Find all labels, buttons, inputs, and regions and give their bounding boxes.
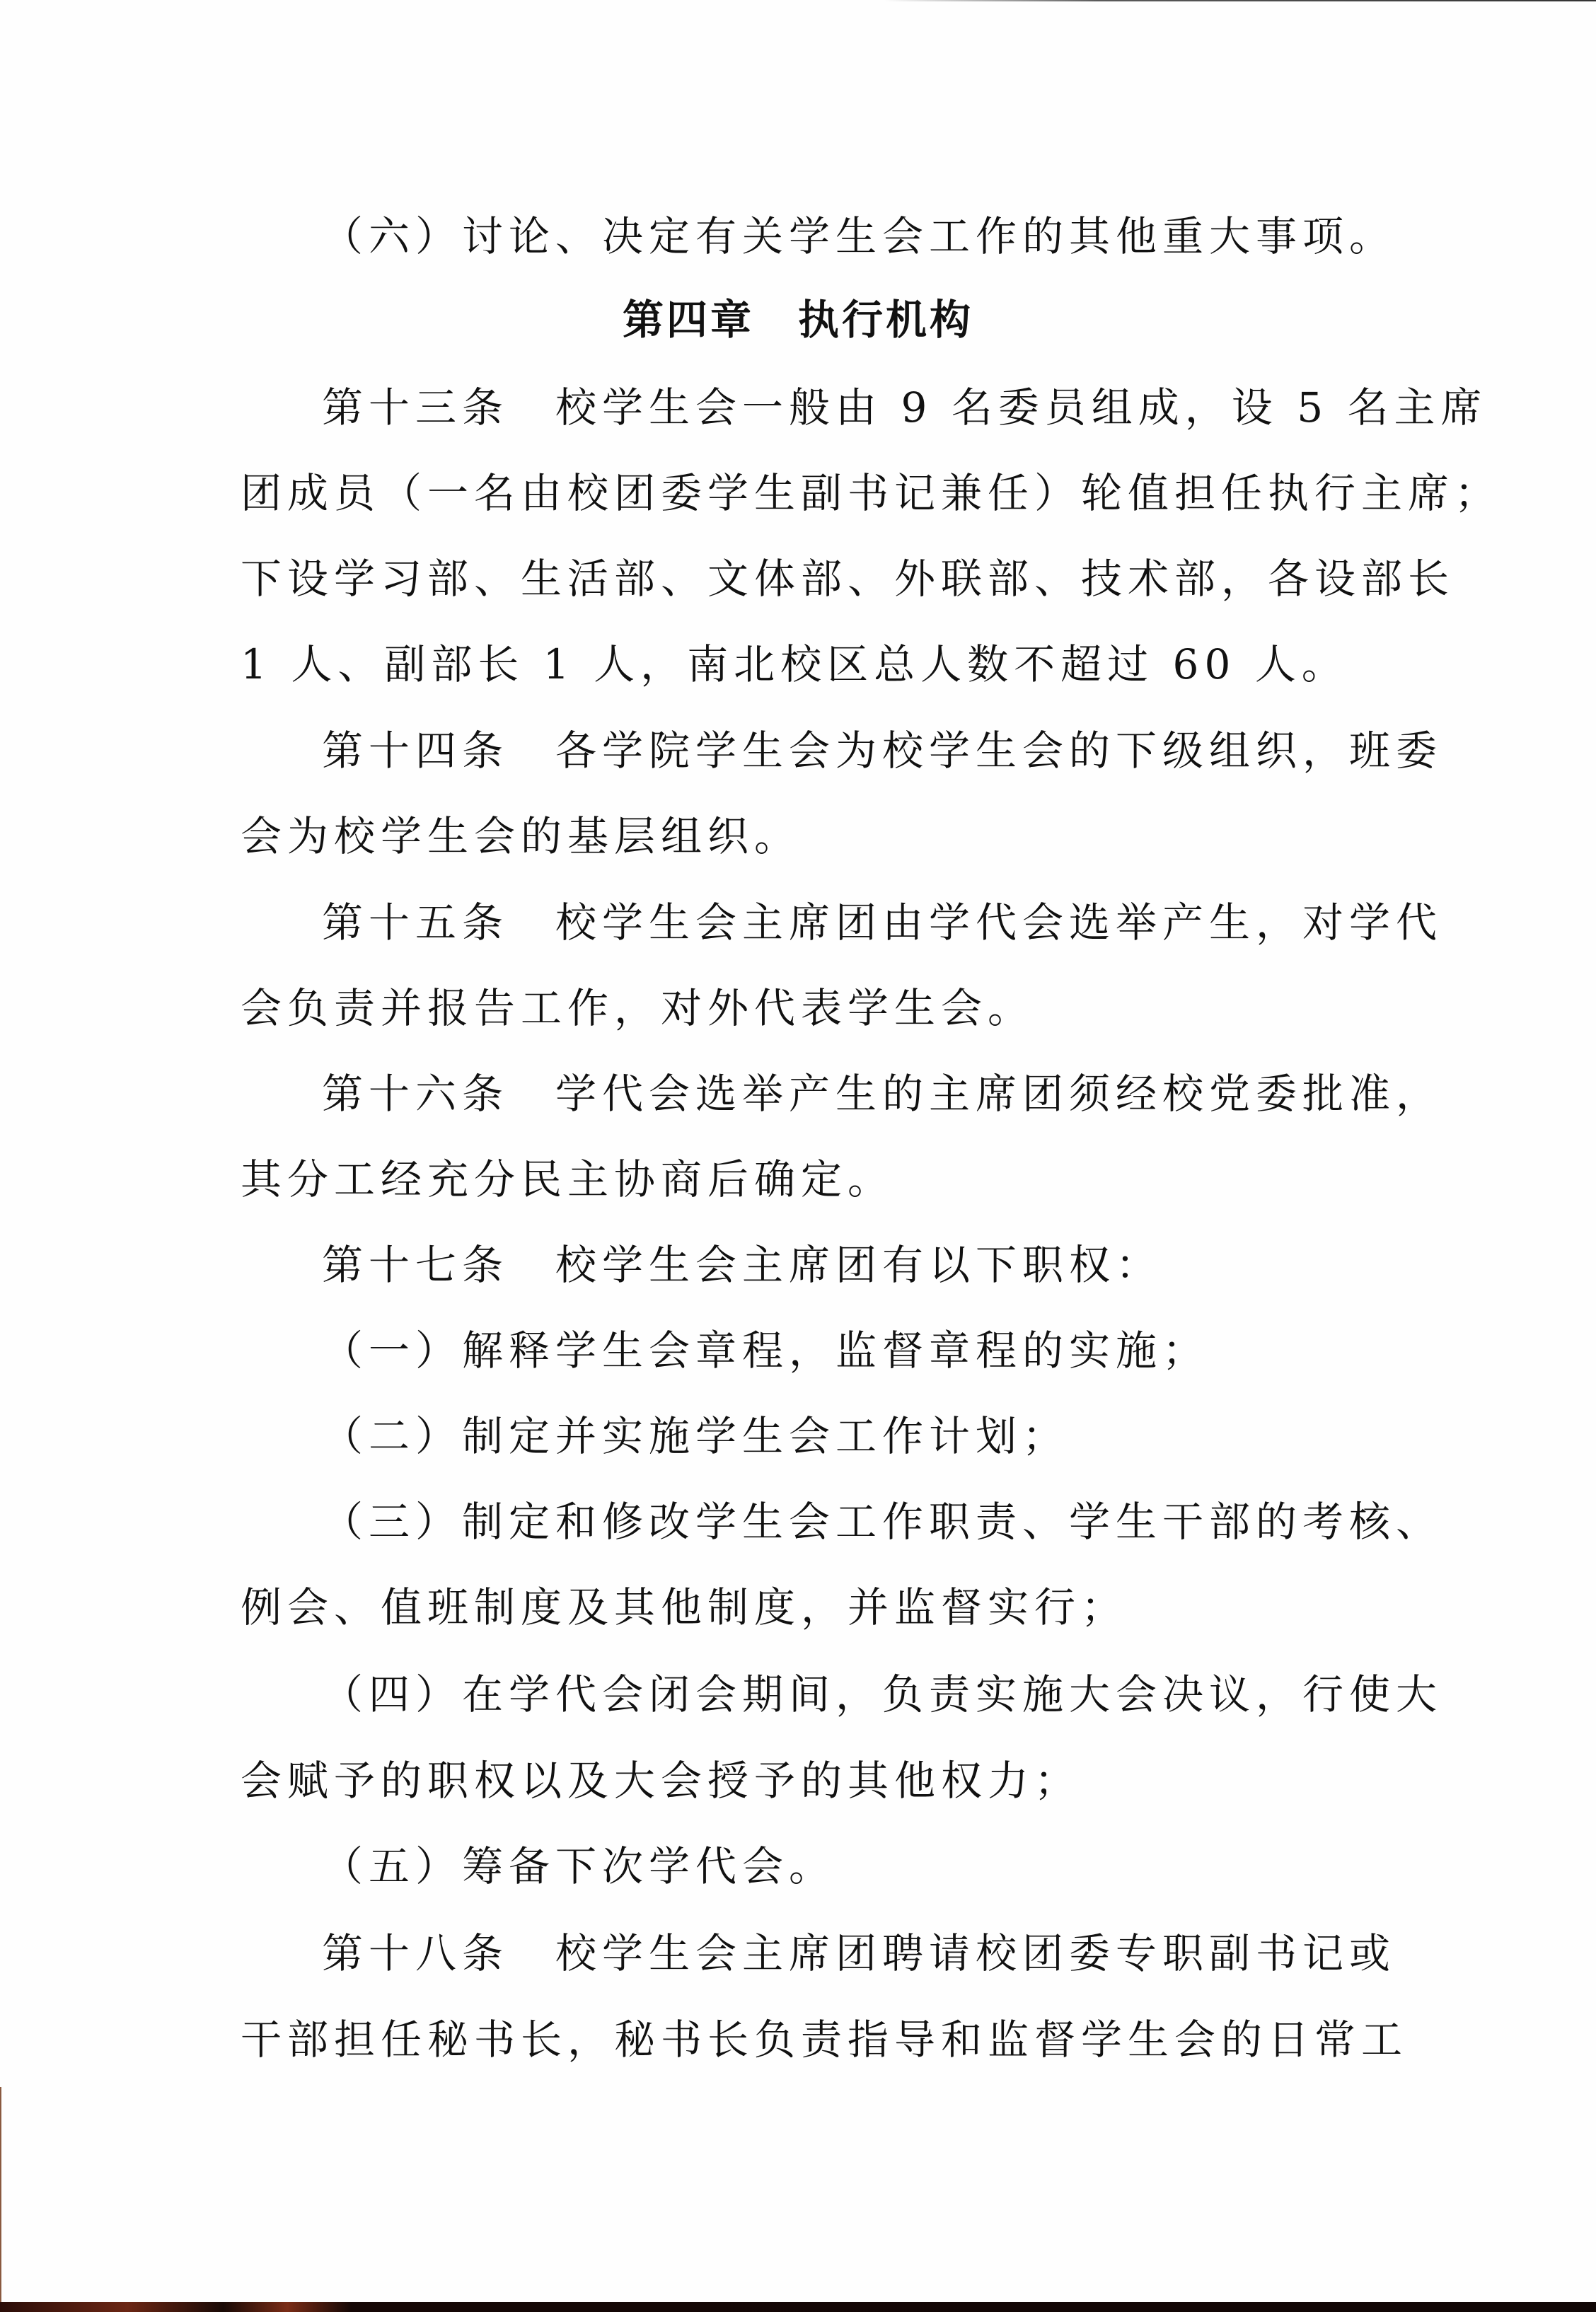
article-17-item-2: （二）制定并实施学生会工作计划； — [322, 1411, 1358, 1461]
article-17-item-4-line-1: （四）在学代会闭会期间，负责实施大会决议，行使大 — [322, 1670, 1358, 1719]
article-14-line-1: 第十四条 各学院学生会为校学生会的下级组织，班委 — [322, 726, 1358, 775]
article-13-line-1: 第十三条 校学生会一般由 9 名委员组成，设 5 名主席 — [322, 383, 1358, 432]
chapter-heading: 第四章 执行机构 — [0, 295, 1596, 345]
scan-left-edge — [0, 2087, 1, 2312]
article-13-line-4: 1 人、副部长 1 人，南北校区总人数不超过 60 人。 — [241, 640, 1358, 689]
article-17-item-4-line-2: 会赋予的职权以及大会授予的其他权力； — [241, 1756, 1358, 1805]
article-17-item-3-line-1: （三）制定和修改学生会工作职责、学生干部的考核、 — [322, 1497, 1358, 1547]
article-13-line-2: 团成员（一名由校团委学生副书记兼任）轮值担任执行主席； — [241, 468, 1358, 518]
document-page: （六）讨论、决定有关学生会工作的其他重大事项。 第四章 执行机构 第十三条 校学… — [0, 0, 1596, 2312]
article-15-line-1: 第十五条 校学生会主席团由学代会选举产生，对学代 — [322, 898, 1358, 947]
article-16-line-1: 第十六条 学代会选举产生的主席团须经校党委批准， — [322, 1069, 1358, 1119]
scan-bottom-edge — [0, 2302, 1596, 2312]
article-18-line-2: 干部担任秘书长，秘书长负责指导和监督学生会的日常工 — [241, 2015, 1358, 2064]
article-15-line-2: 会负责并报告工作，对外代表学生会。 — [241, 983, 1358, 1033]
article-17-item-3-line-2: 例会、值班制度及其他制度，并监督实行； — [241, 1583, 1358, 1632]
article-13-line-3: 下设学习部、生活部、文体部、外联部、技术部，各设部长 — [241, 554, 1358, 603]
article-16-line-2: 其分工经充分民主协商后确定。 — [241, 1155, 1358, 1204]
article-18-line-1: 第十八条 校学生会主席团聘请校团委专职副书记或 — [322, 1929, 1358, 1978]
article-17-item-5: （五）筹备下次学代会。 — [322, 1842, 1358, 1891]
article-17-item-1: （一）解释学生会章程，监督章程的实施； — [322, 1326, 1358, 1375]
article-17-line-1: 第十七条 校学生会主席团有以下职权： — [322, 1240, 1358, 1290]
article-14-line-2: 会为校学生会的基层组织。 — [241, 811, 1358, 861]
scan-top-edge — [884, 0, 1596, 1]
clause-six-item: （六）讨论、决定有关学生会工作的其他重大事项。 — [322, 212, 1358, 261]
